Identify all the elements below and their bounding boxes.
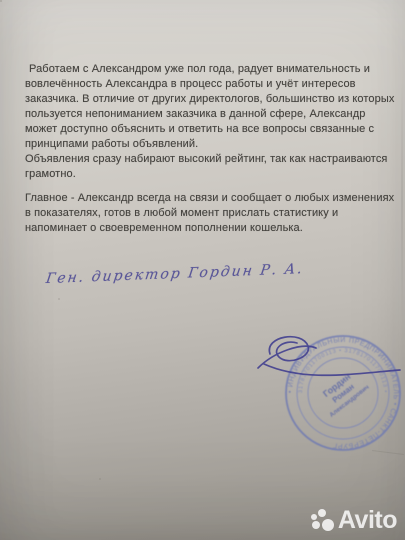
handwritten-signature-line: Ген. директор Гордин Р. А. <box>45 260 327 287</box>
review-line: пользуется непониманием заказчика в данн… <box>25 107 395 122</box>
avito-logo-dot <box>311 514 317 520</box>
review-line: вовлечённость Александра в процесс работ… <box>25 77 395 92</box>
avito-logo-dot <box>312 521 320 529</box>
avito-logo-dot <box>322 519 334 531</box>
review-line: заказчика. В отличие от других директоло… <box>25 92 395 107</box>
avito-watermark: Avito <box>311 508 397 533</box>
review-line: Работаем с Александром уже пол года, рад… <box>25 62 395 77</box>
review-line: принципами работы объявлений. <box>25 137 395 152</box>
review-line: Объявления сразу набирают высокий рейтин… <box>25 152 395 167</box>
review-line: может доступно объяснить и ответить на в… <box>25 122 395 137</box>
review-line: напоминает о своевременном пополнении ко… <box>25 221 395 236</box>
review-paragraph-2: Главное - Александр всегда на связи и со… <box>25 191 395 236</box>
avito-logo-dot <box>318 509 326 517</box>
paper-speckles <box>0 0 2 2</box>
review-text: Работаем с Александром уже пол года, рад… <box>25 62 395 236</box>
review-line: Главное - Александр всегда на связи и со… <box>25 191 395 206</box>
review-line: в показателях, готов в любой момент прис… <box>25 206 395 221</box>
review-letter-photo: Работаем с Александром уже пол года, рад… <box>0 0 405 540</box>
pen-signature-strokes <box>258 337 400 376</box>
paper-edge-shadow <box>401 80 403 320</box>
review-paragraph-1: Работаем с Александром уже пол года, рад… <box>25 62 395 182</box>
avito-wordmark: Avito <box>338 508 397 533</box>
pen-signature <box>240 324 405 394</box>
avito-logo-icon <box>311 509 335 532</box>
review-line: грамотно. <box>25 167 395 182</box>
